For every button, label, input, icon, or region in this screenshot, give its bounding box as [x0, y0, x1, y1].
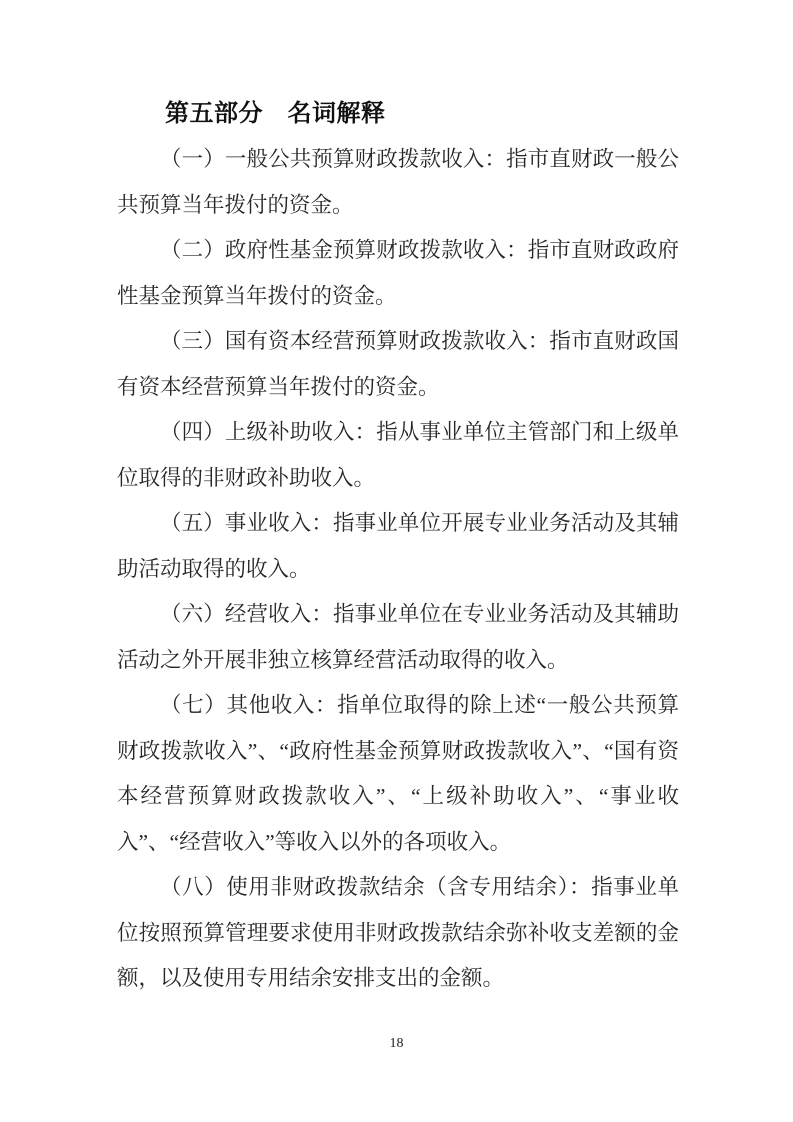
definition-paragraph-7: （七）其他收入：指单位取得的除上述“一般公共预算财政拨款收入”、“政府性基金预算…: [117, 683, 679, 865]
document-page: 第五部分 名词解释 （一）一般公共预算财政拨款收入：指市直财政一般公共预算当年拨…: [0, 0, 793, 1122]
definition-paragraph-5: （五）事业收入：指事业单位开展专业业务活动及其辅助活动取得的收入。: [117, 501, 679, 592]
definition-paragraph-8: （八）使用非财政拨款结余（含专用结余）：指事业单位按照预算管理要求使用非财政拨款…: [117, 865, 679, 1002]
definition-paragraph-6: （六）经营收入：指事业单位在专业业务活动及其辅助活动之外开展非独立核算经营活动取…: [117, 592, 679, 683]
definition-paragraph-4: （四）上级补助收入：指从事业单位主管部门和上级单位取得的非财政补助收入。: [117, 410, 679, 501]
page-number: 18: [0, 1036, 793, 1052]
section-heading: 第五部分 名词解释: [117, 91, 679, 137]
definition-paragraph-2: （二）政府性基金预算财政拨款收入：指市直财政政府性基金预算当年拨付的资金。: [117, 228, 679, 319]
document-content: 第五部分 名词解释 （一）一般公共预算财政拨款收入：指市直财政一般公共预算当年拨…: [117, 91, 679, 1002]
definition-paragraph-3: （三）国有资本经营预算财政拨款收入：指市直财政国有资本经营预算当年拨付的资金。: [117, 319, 679, 410]
definition-paragraph-1: （一）一般公共预算财政拨款收入：指市直财政一般公共预算当年拨付的资金。: [117, 137, 679, 228]
